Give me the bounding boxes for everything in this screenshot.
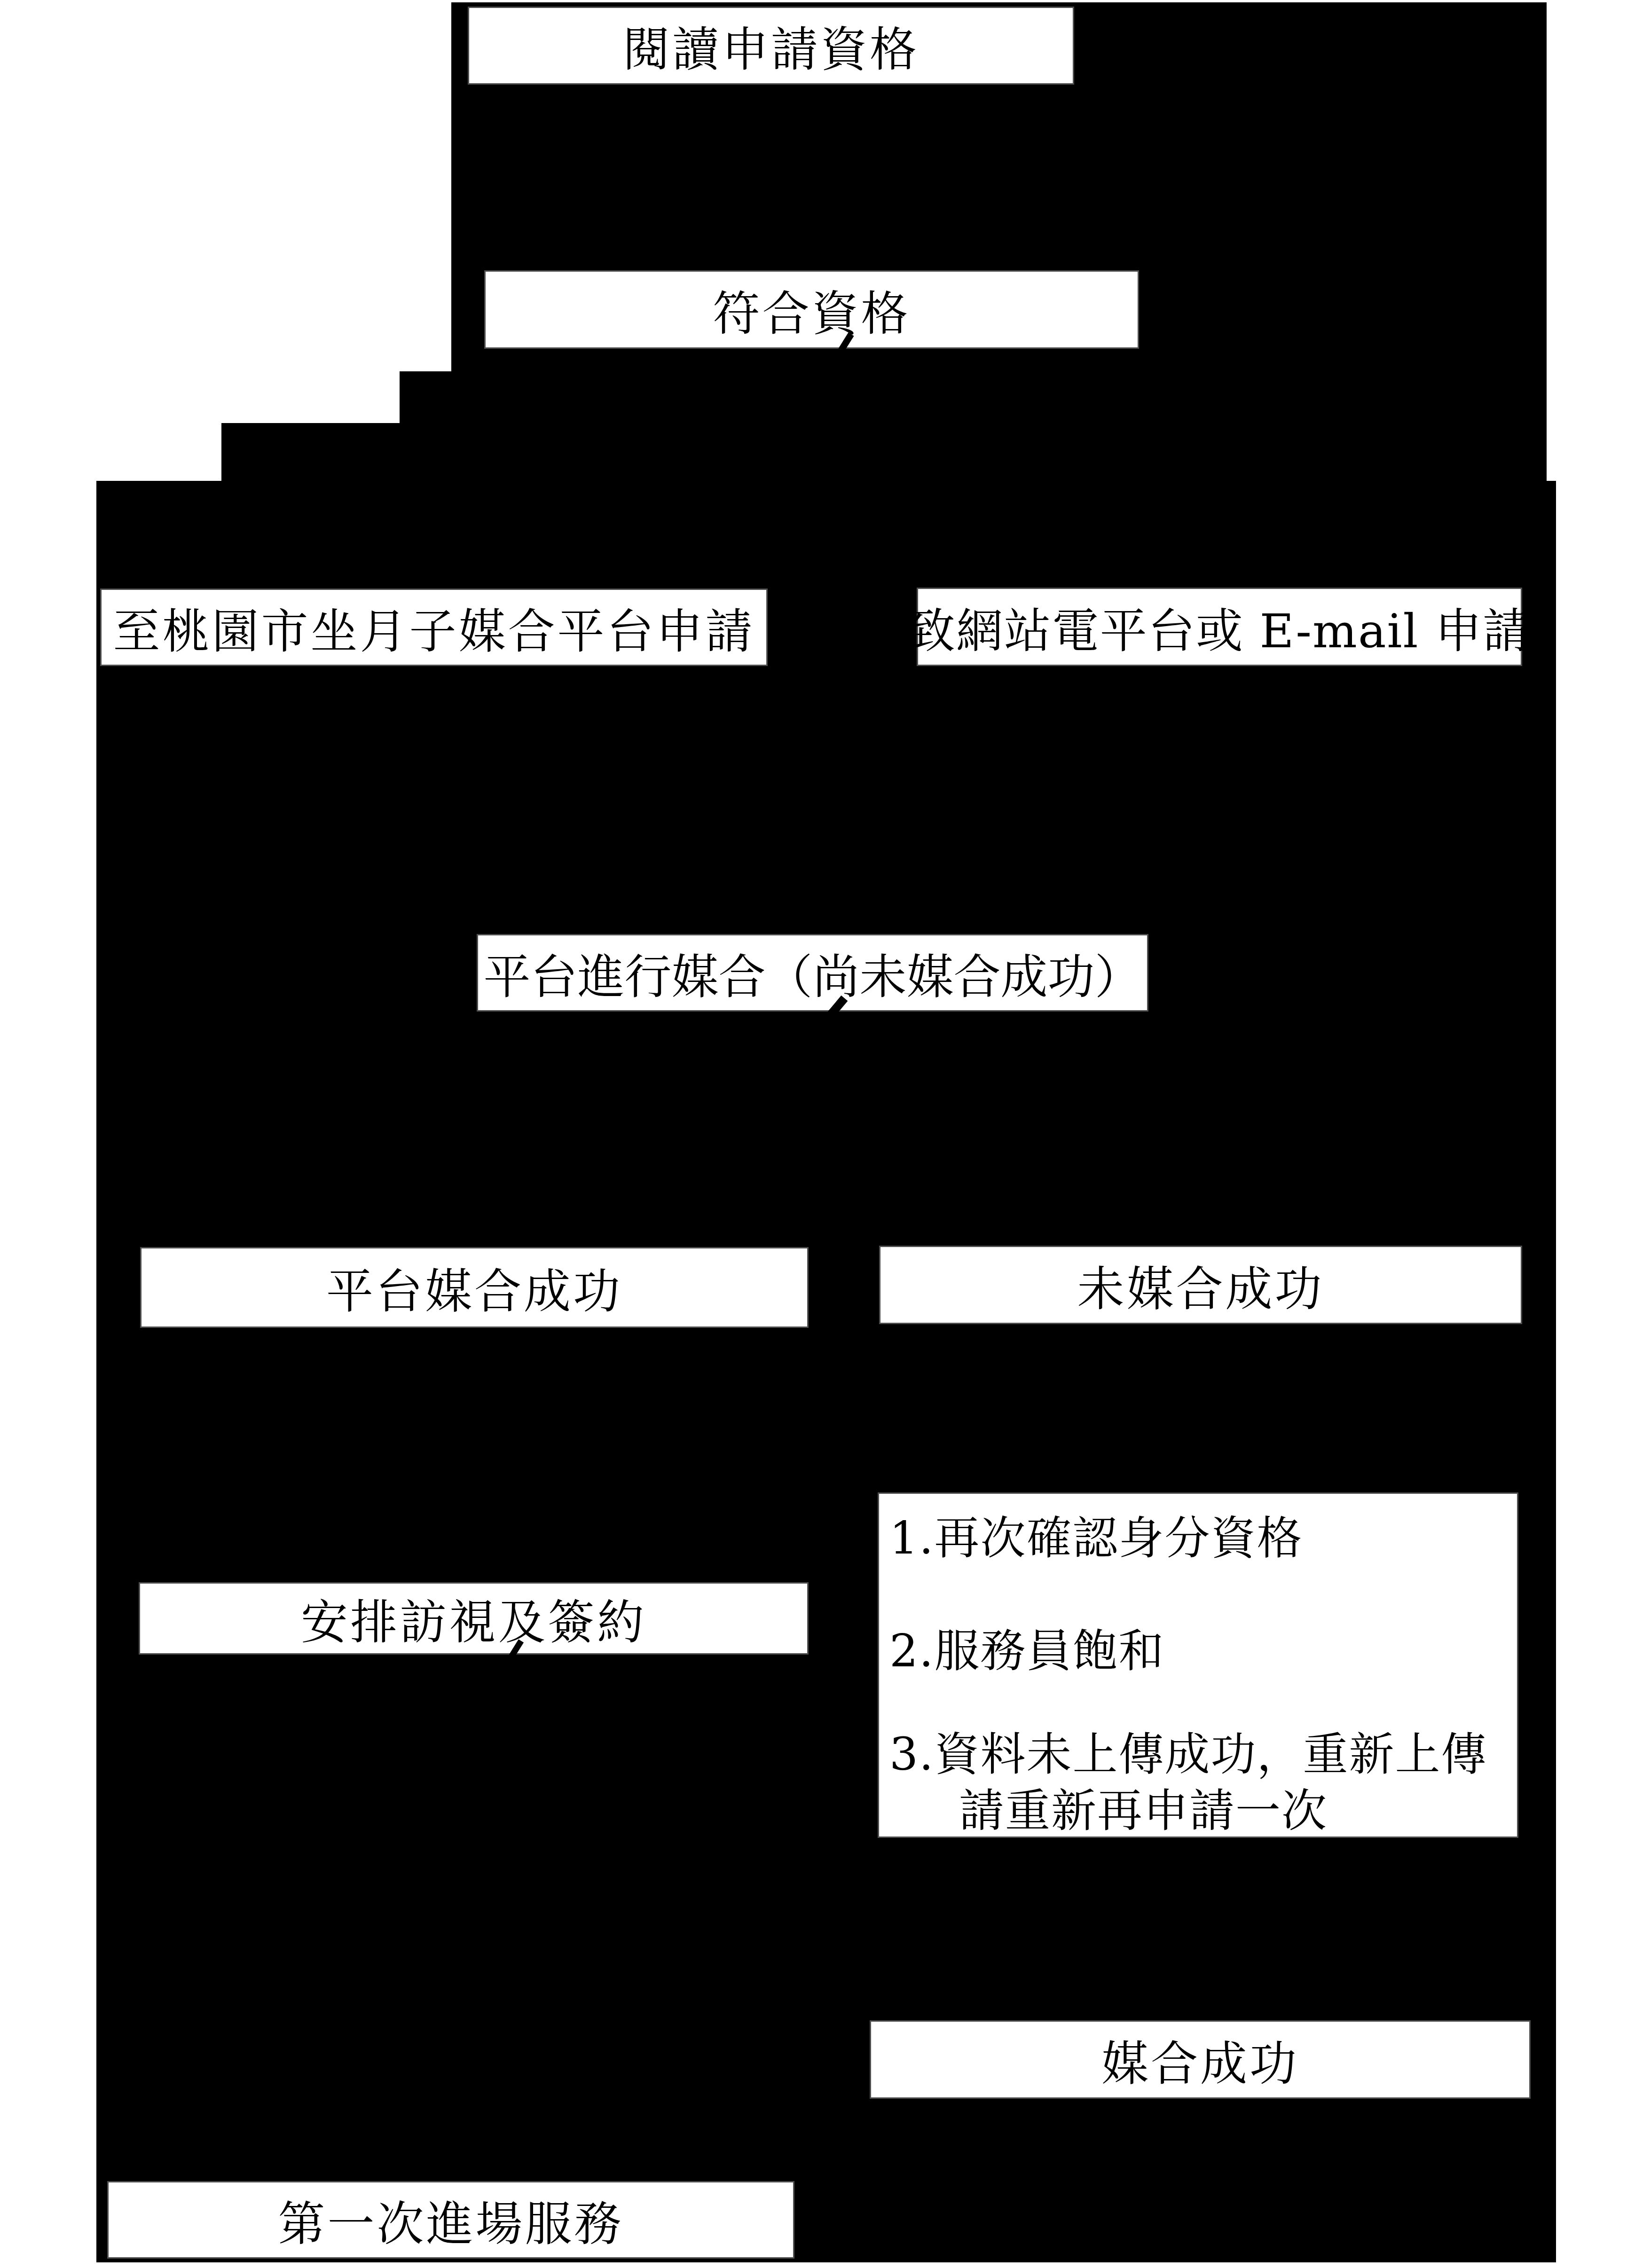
node-platform-match-success: 平台媒合成功 bbox=[140, 1247, 809, 1328]
flow-region-step-b bbox=[221, 423, 405, 481]
flow-region-main bbox=[96, 481, 1556, 2262]
flow-region-step-a bbox=[400, 371, 456, 481]
node-label: 未媒合成功 bbox=[1077, 1251, 1324, 1319]
node-label: 平台進行媒合（尚未媒合成功） bbox=[484, 939, 1142, 1007]
node-first-onsite-service: 第一次進場服務 bbox=[107, 2181, 794, 2259]
node-label: 符合資格 bbox=[713, 276, 911, 344]
node-label: 安排訪視及簽約 bbox=[301, 1585, 646, 1652]
node-platform-matching-in-progress: 平台進行媒合（尚未媒合成功） bbox=[477, 934, 1148, 1012]
reason-item-1: 1.再次確認身分資格 bbox=[889, 1510, 1303, 1566]
flowchart-page: 閱讀申請資格 符合資格 至桃園市坐月子媒合平台申請 致網站電平台或 E-mail… bbox=[0, 0, 1627, 2268]
node-label: 至桃園市坐月子媒合平台申請 bbox=[113, 594, 755, 661]
node-label: 第一次進場服務 bbox=[278, 2186, 624, 2254]
reason-item-3-continued: 請重新再申請一次 bbox=[959, 1783, 1328, 1838]
node-label: 平台媒合成功 bbox=[326, 1254, 622, 1321]
node-label: 致網站電平台或 E-mail 申請 bbox=[908, 593, 1531, 661]
node-apply-via-website-or-email: 致網站電平台或 E-mail 申請 bbox=[917, 588, 1522, 666]
reason-item-3: 3.資料未上傳成功，重新上傳 bbox=[889, 1727, 1487, 1782]
node-apply-on-matching-platform: 至桃園市坐月子媒合平台申請 bbox=[100, 589, 768, 666]
reason-item-2: 2.服務員飽和 bbox=[889, 1623, 1165, 1679]
node-not-matched-reasons-list: 1.再次確認身分資格 2.服務員飽和 3.資料未上傳成功，重新上傳 請重新再申請… bbox=[878, 1492, 1518, 1838]
node-read-qualifications: 閱讀申請資格 bbox=[468, 7, 1074, 85]
node-arrange-visit-and-contract: 安排訪視及簽約 bbox=[139, 1582, 809, 1655]
node-not-matched: 未媒合成功 bbox=[879, 1246, 1522, 1324]
node-label: 閱讀申請資格 bbox=[623, 12, 919, 79]
node-label: 媒合成功 bbox=[1101, 2026, 1299, 2094]
node-meets-qualifications: 符合資格 bbox=[484, 270, 1139, 349]
node-match-success: 媒合成功 bbox=[870, 2020, 1531, 2099]
